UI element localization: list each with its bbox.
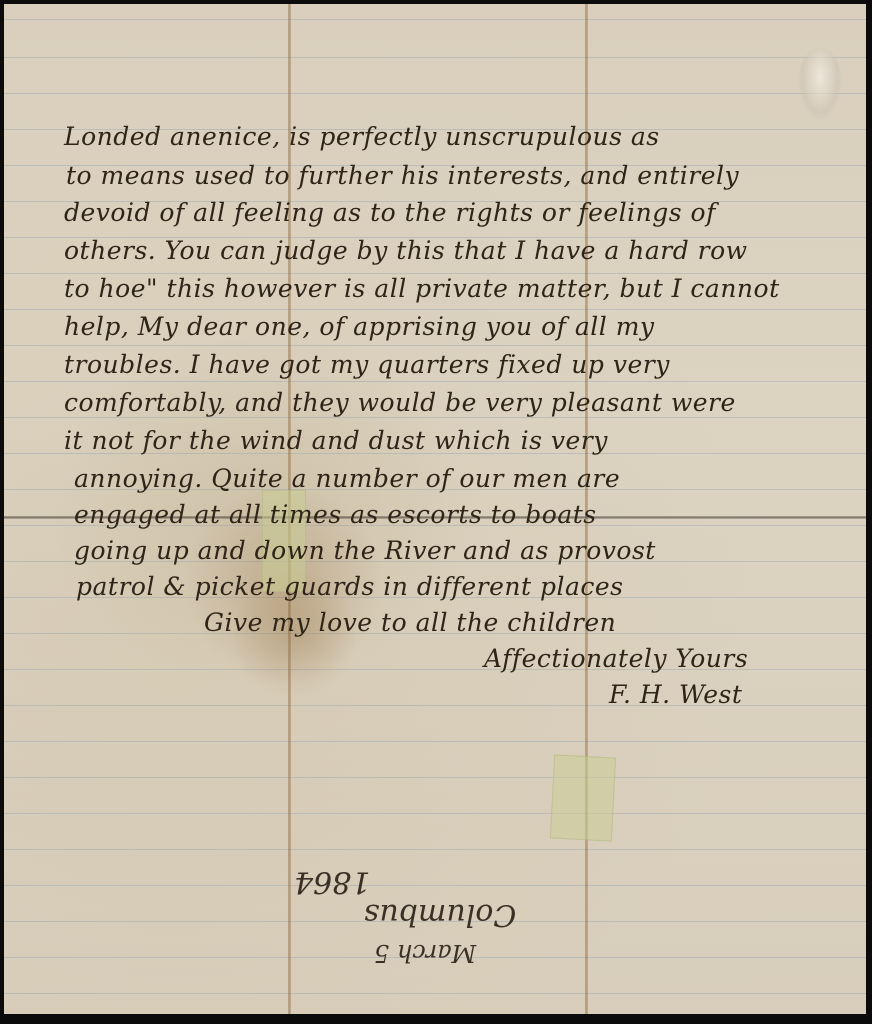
letter-line: it not for the wind and dust which is ve… <box>64 426 608 455</box>
letter-line: going up and down the River and as provo… <box>74 536 656 565</box>
letter-line: comfortably, and they would be very plea… <box>64 388 736 417</box>
valediction: Affectionately Yours <box>484 644 748 673</box>
docket-year: 1864 <box>294 864 370 899</box>
letter-line: Londed anenice, is perfectly unscrupulou… <box>64 122 660 151</box>
docket-date: March 5 <box>374 939 476 967</box>
letter-line: devoid of all feeling as to the rights o… <box>64 198 716 227</box>
letter-line: to means used to further his interests, … <box>66 161 739 190</box>
letter-line: patrol & picket guards in different plac… <box>76 572 624 601</box>
letter-sheet: Londed anenice, is perfectly unscrupulou… <box>4 4 866 1014</box>
letter-line: help, My dear one, of apprising you of a… <box>64 312 655 341</box>
embossed-seal <box>799 49 841 119</box>
closing-greeting: Give my love to all the children <box>204 608 616 637</box>
letter-line: engaged at all times as escorts to boats <box>74 500 597 529</box>
docket-place: Columbus <box>364 897 516 932</box>
letter-line: annoying. Quite a number of our men are <box>74 464 620 493</box>
letter-line: troubles. I have got my quarters fixed u… <box>64 350 670 379</box>
signature: F. H. West <box>609 680 742 709</box>
tape-piece <box>550 754 616 841</box>
letter-line: to hoe" this however is all private matt… <box>64 274 780 303</box>
letter-line: others. You can judge by this that I hav… <box>64 236 748 265</box>
